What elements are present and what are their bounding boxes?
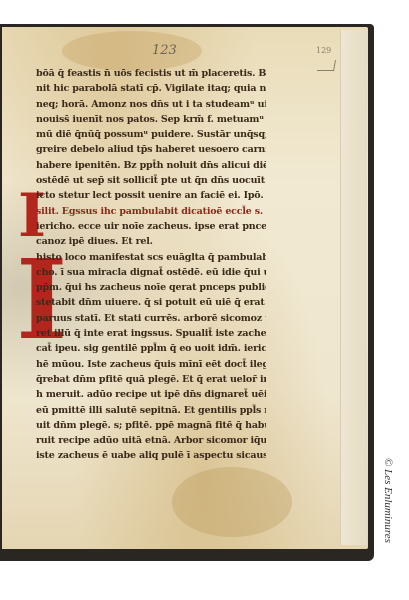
top-stain: [62, 31, 202, 71]
text-line: ostēdē ut sep̄ sit sollicit̄ pte ut q̄n …: [36, 173, 266, 188]
text-line: paruus statī. Et stati currēs. arborē si…: [36, 311, 266, 326]
text-line: stetabit dn̄m uiuere. q̄ si potuit eū ui…: [36, 295, 266, 310]
text-line: nouiss̄ iuenīt nos patos. Sep krm̄ f. me…: [36, 112, 266, 127]
text-line: histo loco manifestat scs euāglta q̄ pam…: [36, 250, 266, 265]
text-column: bōā q̄ feastis n̄ uōs fecistis ut m̄ pla…: [36, 66, 266, 464]
text-line: canoz ipē diues. Et rel.: [36, 234, 266, 249]
text-line: iste zacheus ē uabe aliq pulē ī aspectu …: [36, 448, 266, 463]
text-line: h meruit. adūo recipe ut ipē dn̄s dignar…: [36, 387, 266, 402]
text-line: silit. Egssus ihc pambulabit dicatioē ec…: [36, 204, 266, 219]
text-line: eū pmittē illi salutē sepitnā. Et gentil…: [36, 403, 266, 418]
text-line: cho. ī sua miracla dignat̄ ostēdē. eū id…: [36, 265, 266, 280]
text-line: mū diē q̄nūq̄ possumᵘ puidere. Sustār un…: [36, 127, 266, 142]
copyright-credit: © Les Enluminures: [380, 458, 396, 578]
text-line: q̄rebat dn̄m pfitē quā plegē. Et q̄ erat…: [36, 372, 266, 387]
text-line: greire debelo aliud tp̄s haberet uesoero…: [36, 142, 266, 157]
text-line: neq; horā. Amonz nos dn̄s ut i ta studea…: [36, 97, 266, 112]
text-line: hē mūou. Iste zacheus q̄uis mīnī eēt doc…: [36, 357, 266, 372]
text-line: nit hic parabolā statī cp̄. Vigilate ita…: [36, 81, 266, 96]
text-line: ruit recipe adūo uitā etnā. Arbor sicomo…: [36, 433, 266, 448]
text-line: uit dn̄m plegē. s; pfitē. ppē magnā fitē…: [36, 418, 266, 433]
credit-text: © Les Enluminures: [382, 458, 394, 543]
text-line: pp̄m. q̄ui hs zacheus noīe qerat pnceps …: [36, 280, 266, 295]
text-line: iericho. ecce uir noīe zacheus. ipse era…: [36, 219, 266, 234]
folio-number: 123: [152, 43, 177, 58]
text-line: bōā q̄ feastis n̄ uōs fecistis ut m̄ pla…: [36, 66, 266, 81]
shelf-mark-number: 129: [316, 46, 331, 55]
page-edge: [340, 30, 367, 545]
water-stain: [172, 467, 292, 537]
text-line: ret illū q̄ inte erat ingssus. Spualit̄ …: [36, 326, 266, 341]
text-line: habere ipenitēn. Bz ppt̄h noluit dn̄s al…: [36, 158, 266, 173]
text-line: cat̄ ipeu. sig gentilē ppl̄m q̄ eo uoit …: [36, 341, 266, 356]
shelf-mark-stroke: [317, 60, 336, 71]
text-line: icto stetur lect possit uenire an faciē …: [36, 188, 266, 203]
